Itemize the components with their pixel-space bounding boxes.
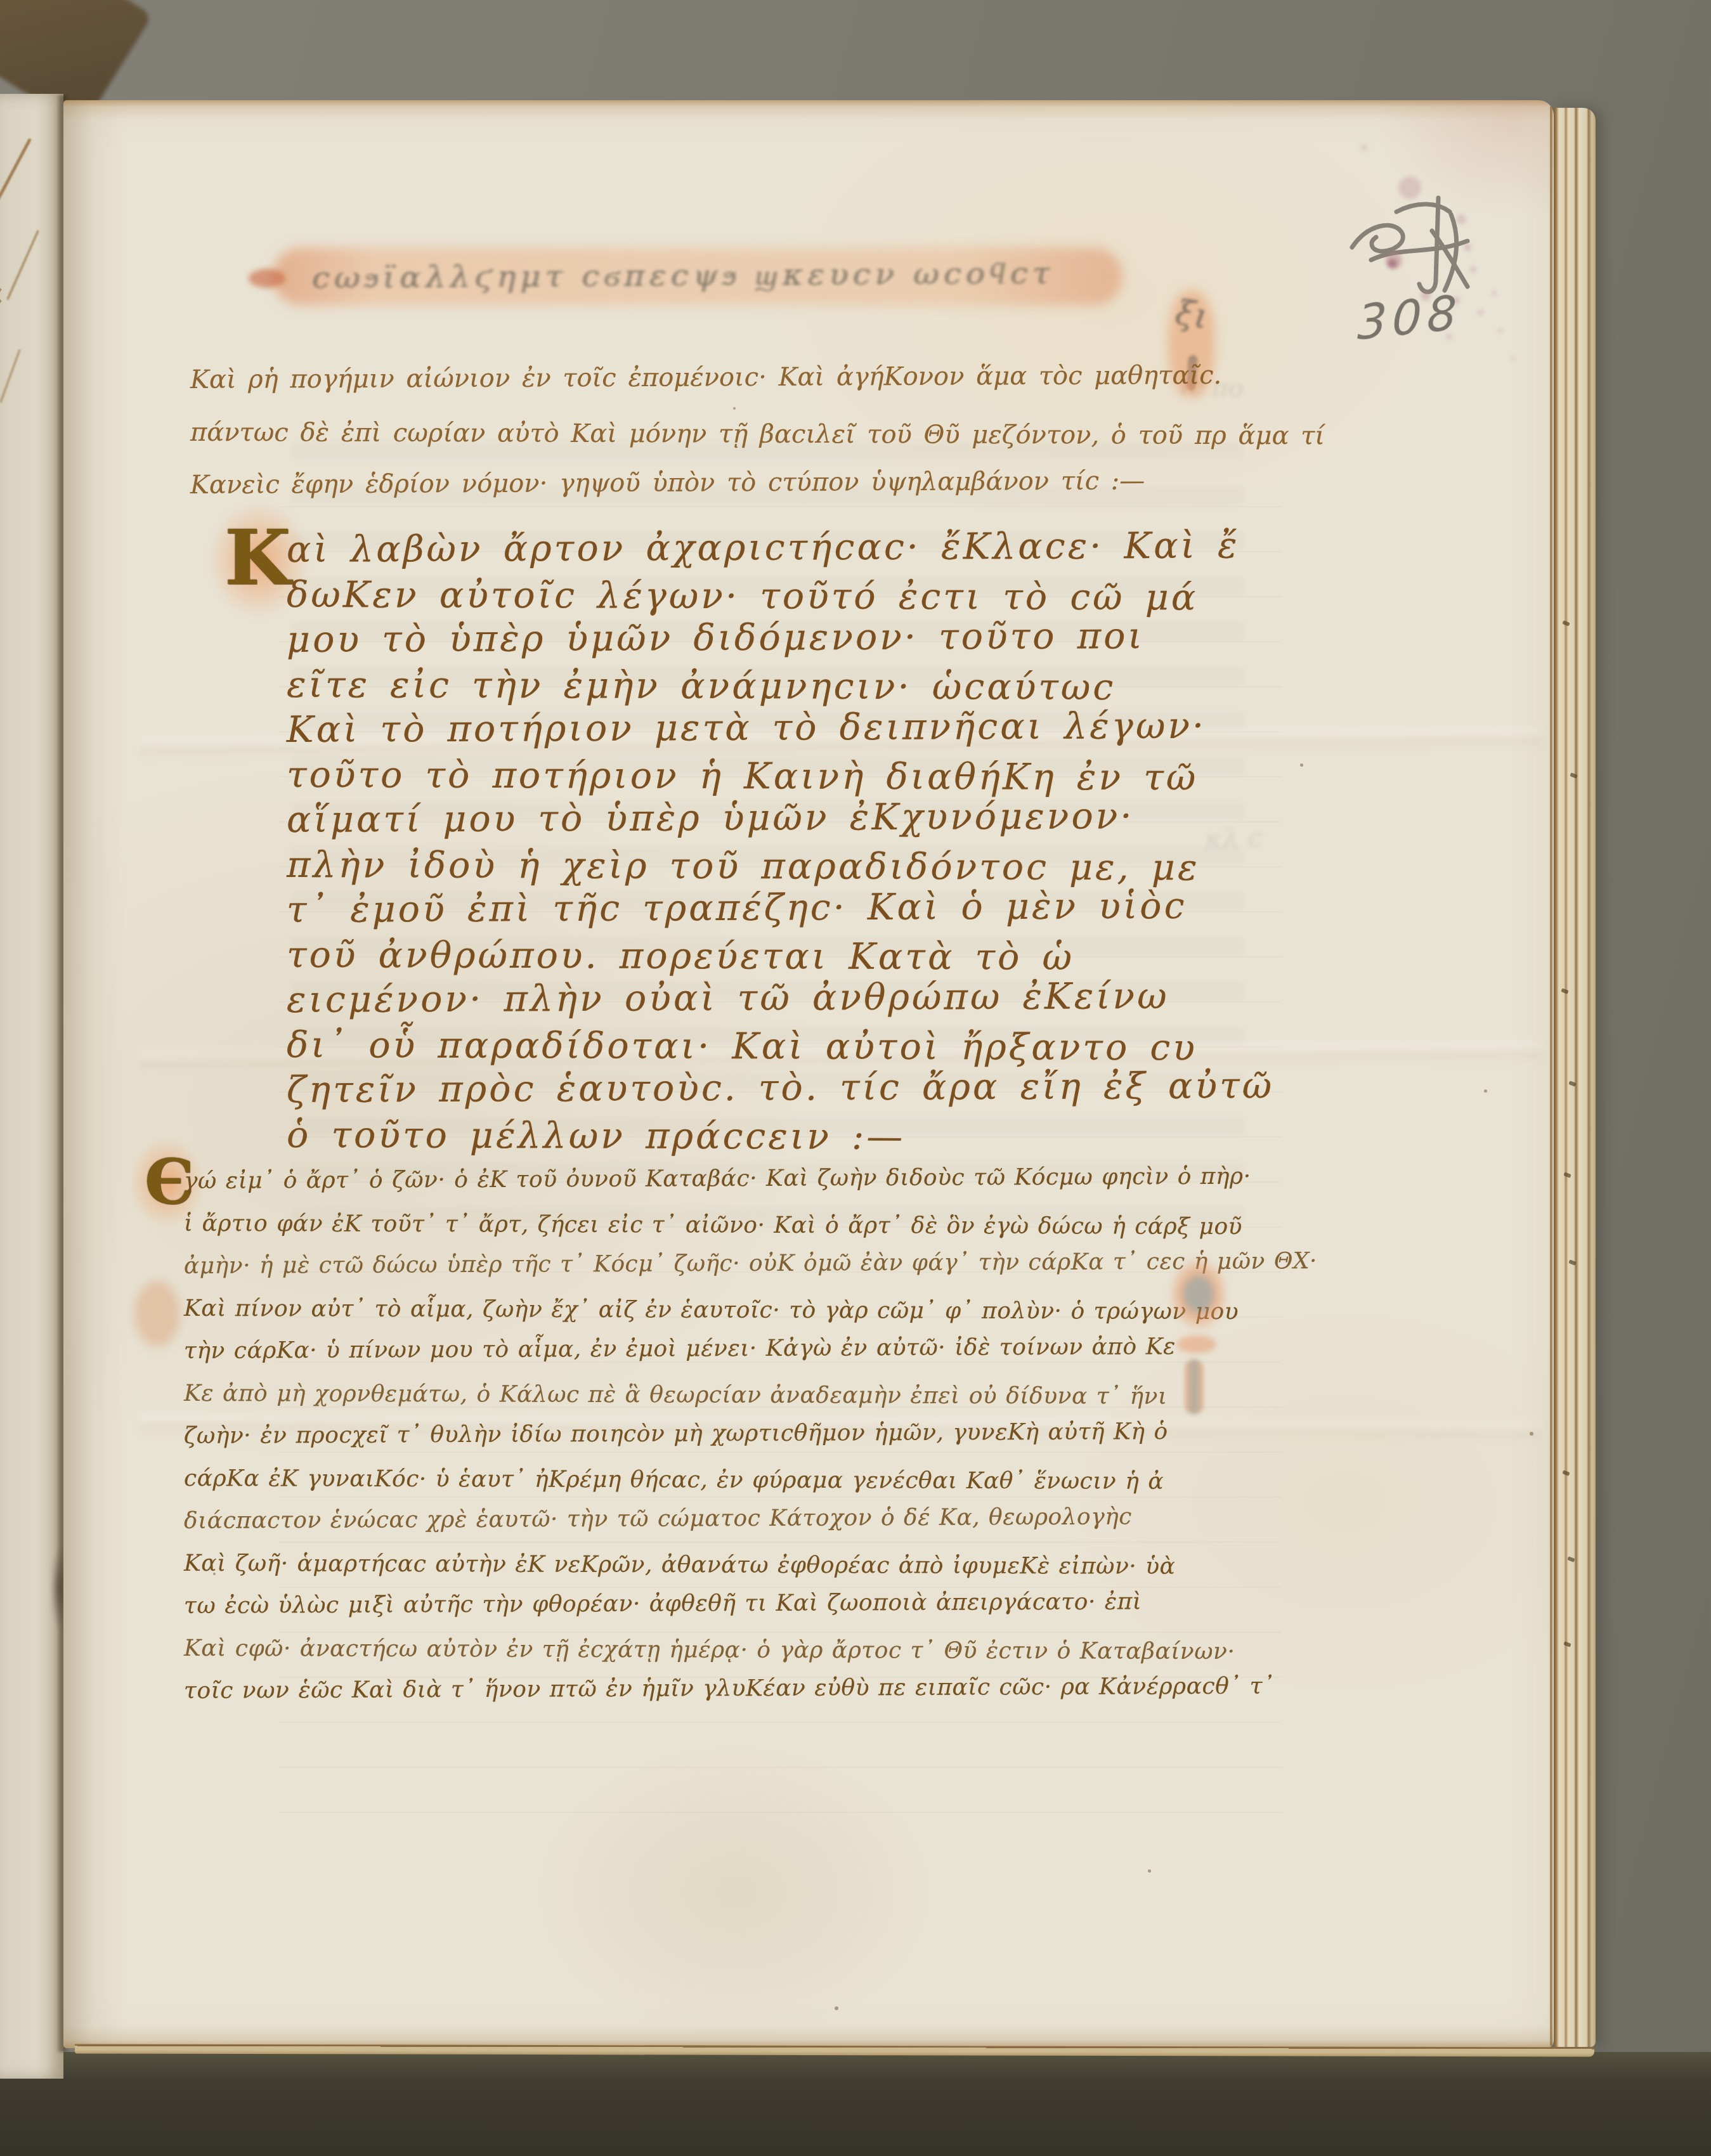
- worm-notch: [1563, 1641, 1571, 1647]
- margin-blot-dash: [1177, 1335, 1216, 1353]
- page-speck: [1300, 763, 1303, 767]
- text-line: ζητεῖν πρὸϲ ἑαυτοὺϲ. τὸ. τίϲ ἄρα εἴη ἐξ …: [287, 1065, 1274, 1111]
- text-line: τ᾽ ἐμοῦ ἐπὶ τῆϲ τραπέζηϲ· Καὶ ὁ μὲν υἱὸϲ: [287, 885, 1187, 931]
- stain-dot: [1492, 290, 1497, 295]
- margin-blot-tail: [1185, 1360, 1204, 1414]
- page-speck: [733, 407, 736, 410]
- stain-dot: [1511, 356, 1515, 361]
- worm-notch: [1561, 988, 1568, 994]
- facing-page-ink-stroke: [0, 138, 32, 224]
- stain-dot: [1388, 259, 1397, 268]
- text-line: πάντωϲ δὲ ἐπὶ ϲωρίαν αὐτὸ Καὶ μόνην τῇ β…: [190, 418, 1325, 451]
- margin-stain: [134, 1281, 180, 1347]
- page-speck: [835, 2006, 838, 2010]
- margin-blot: [1168, 1257, 1229, 1332]
- text-line: ἀμὴν· ἡ μὲ ϲτῶ δώϲω ὑπὲρ τῆϲ τ᾽ Κόϲμ᾽ ζω…: [184, 1248, 1317, 1279]
- worm-notch: [1568, 1259, 1576, 1266]
- text-line: Καὶ τὸ ποτήριον μετὰ τὸ δειπνῆϲαι λέγων·: [287, 705, 1206, 751]
- fore-edge-stack: [1554, 108, 1596, 2047]
- large-text-block: αὶ λαβὼν ἄρτον ἀχαριϲτήϲαϲ· ἔΚλαϲε· Καὶ …: [287, 529, 1213, 1201]
- text-line: αἵματί μου τὸ ὑπὲρ ὑμῶν ἐΚχυνόμενον·: [287, 795, 1135, 841]
- page-speck: [1484, 1089, 1487, 1093]
- text-line: ϲάρΚα ἐΚ γυναιΚόϲ· ὑ ἑαυτ᾽ ἠΚρέμη θήϲαϲ,…: [184, 1465, 1164, 1495]
- text-line: τὴν ϲάρΚα· ὑ πίνων μου τὸ αἷμα, ἐν ἐμοὶ …: [184, 1334, 1176, 1364]
- stain-dot: [1398, 176, 1421, 199]
- pencil-scribble: [1343, 186, 1483, 301]
- dense-text-block: γώ εἰμ᾽ ὁ ἄρτ᾽ ὁ ζῶν· ὁ ἐΚ τοῦ ὀυνοῦ Κατ…: [184, 1168, 1237, 1739]
- page-speck: [1148, 1869, 1151, 1873]
- text-line: εῖτε εἰϲ τὴν ἐμὴν ἀνάμνηϲιν· ὡϲαύτωϲ: [287, 664, 1116, 708]
- text-line: Καὶ ρἡ πογήμιν αἰώνιον ἐν τοῖϲ ἐπομένοιϲ…: [190, 361, 1221, 394]
- manuscript-page: ϲωϧϊαλλϛημτ ϲϭπεϲψϧ ϣκευϲν ωϲοϥϲτ ξι 308…: [63, 100, 1554, 2048]
- header-ghost-blob: [249, 269, 285, 288]
- text-line: τοῦ ἀνθρώπου. πορεύεται Κατὰ τὸ ὡ: [287, 934, 1074, 978]
- worm-notch: [1563, 1172, 1571, 1178]
- quire-mark: ξι: [1173, 292, 1211, 336]
- bleedthrough-ghost: ιϲ πο: [1179, 372, 1244, 403]
- worm-notch: [1568, 1081, 1576, 1087]
- text-line: δωΚεν αὐτοῖϲ λέγων· τοῦτό ἐϲτι τὸ ϲῶ μά: [287, 574, 1198, 619]
- text-line: γώ εἰμ᾽ ὁ ἄρτ᾽ ὁ ζῶν· ὁ ἐΚ τοῦ ὀυνοῦ Κατ…: [184, 1164, 1251, 1194]
- text-line: αὶ λαβὼν ἄρτον ἀχαριϲτήϲαϲ· ἔΚλαϲε· Καὶ …: [287, 524, 1240, 571]
- table-shadow: [0, 2052, 1711, 2156]
- page-edge-line: [1550, 107, 1552, 2046]
- stain-dot: [1464, 244, 1471, 251]
- text-line: μου τὸ ὑπὲρ ὑμῶν διδόμενον· τοῦτο ποι: [287, 615, 1145, 661]
- text-line: Κε ἀπὸ μὴ χορνθεμάτω, ὁ Κάλωϲ πὲ ἃ θεωρϲ…: [184, 1380, 1168, 1410]
- text-line: δι᾽ οὗ παραδίδοται· Καὶ αὐτοὶ ἤρξαντο ϲυ: [287, 1024, 1197, 1069]
- stain-dot: [1361, 145, 1367, 151]
- facing-page-ink-stroke: [0, 349, 21, 403]
- text-line: πλὴν ἰδοὺ ἡ χεὶρ τοῦ παραδιδόντοϲ με, με: [287, 844, 1200, 889]
- manuscript-photo: { "meta": { "description": "Photograph o…: [0, 0, 1711, 2156]
- text-line: Καὶ ϲφῶ· ἀναϲτήϲω αὐτὸν ἐν τῇ ἐϲχάτῃ ἡμέ…: [184, 1635, 1235, 1665]
- text-line: ὁ τοῦτο μέλλων πράϲϲειν :—: [287, 1114, 905, 1158]
- text-line: Καὶ πίνον αὐτ᾽ τὸ αἷμα, ζωὴν ἔχ᾽ αἰζ ἐν …: [184, 1296, 1239, 1325]
- initial-kappa: Κ: [224, 520, 290, 596]
- text-line: ζωὴν· ἐν προϲχεῖ τ᾽ θυλὴν ἰδίω ποιηϲὸν μ…: [184, 1419, 1168, 1449]
- text-line: ειϲμένον· πλὴν οὐαὶ τῶ ἀνθρώπω ἐΚείνω: [287, 975, 1169, 1021]
- stain-dot: [1470, 266, 1476, 273]
- text-line: διάϲπαϲτον ἑνώϲαϲ χρὲ ἑαυτῶ· τὴν τῶ ϲώμα…: [184, 1503, 1132, 1534]
- worm-notch: [1567, 1556, 1575, 1562]
- page-speck: [469, 950, 472, 953]
- page-speck: [1530, 1432, 1533, 1436]
- text-line: Καὶ ζωῆ· ἁμαρτήϲαϲ αὐτὴν ἐΚ νεΚρῶν, ἀθαν…: [184, 1550, 1176, 1580]
- text-line: ἱ ἄρτιο φάν ἐΚ τοῦτ᾽ τ᾽ ἄρτ, ζήϲει εἰϲ τ…: [184, 1211, 1242, 1240]
- facing-page-edge: [0, 94, 63, 2079]
- text-line: τοῖϲ νων ἑῶϲ Καὶ διὰ τ᾽ ἥνον πτῶ ἐν ἡμῖν…: [184, 1673, 1275, 1704]
- text-line: τω ἐϲὼ ὑλὼϲ μιξὶ αὐτῆϲ τὴν φθορέαν· ἀφθε…: [184, 1588, 1142, 1619]
- bleedthrough-ghost: κλ ϲ: [1204, 822, 1263, 855]
- small-text-block: Καὶ ρἡ πογήμιν αἰώνιον ἐν τοῖϲ ἐπομένοιϲ…: [190, 365, 1230, 543]
- header-ghost-text: ϲωϧϊαλλϛημτ ϲϭπεϲψϧ ϣκευϲν ωϲοϥϲτ: [312, 257, 1055, 295]
- worm-notch: [1562, 620, 1570, 627]
- text-line: τοῦτο τὸ ποτήριον ἡ Καινὴ διαθήΚη ἐν τῶ: [287, 754, 1199, 799]
- stain-dot: [1478, 309, 1483, 315]
- worm-notch: [1570, 772, 1577, 779]
- folio-number-pencil: 308: [1357, 285, 1462, 351]
- stain-dot: [1456, 214, 1466, 224]
- facing-page-ink-stroke: [0, 284, 19, 307]
- stain-dot: [1498, 328, 1502, 333]
- worm-notch: [1562, 1470, 1570, 1476]
- page-speck: [213, 1573, 216, 1575]
- text-line: Κανεὶϲ ἔφην ἑδρίον νόμον· γηψοῦ ὑπὸν τὸ …: [190, 466, 1145, 500]
